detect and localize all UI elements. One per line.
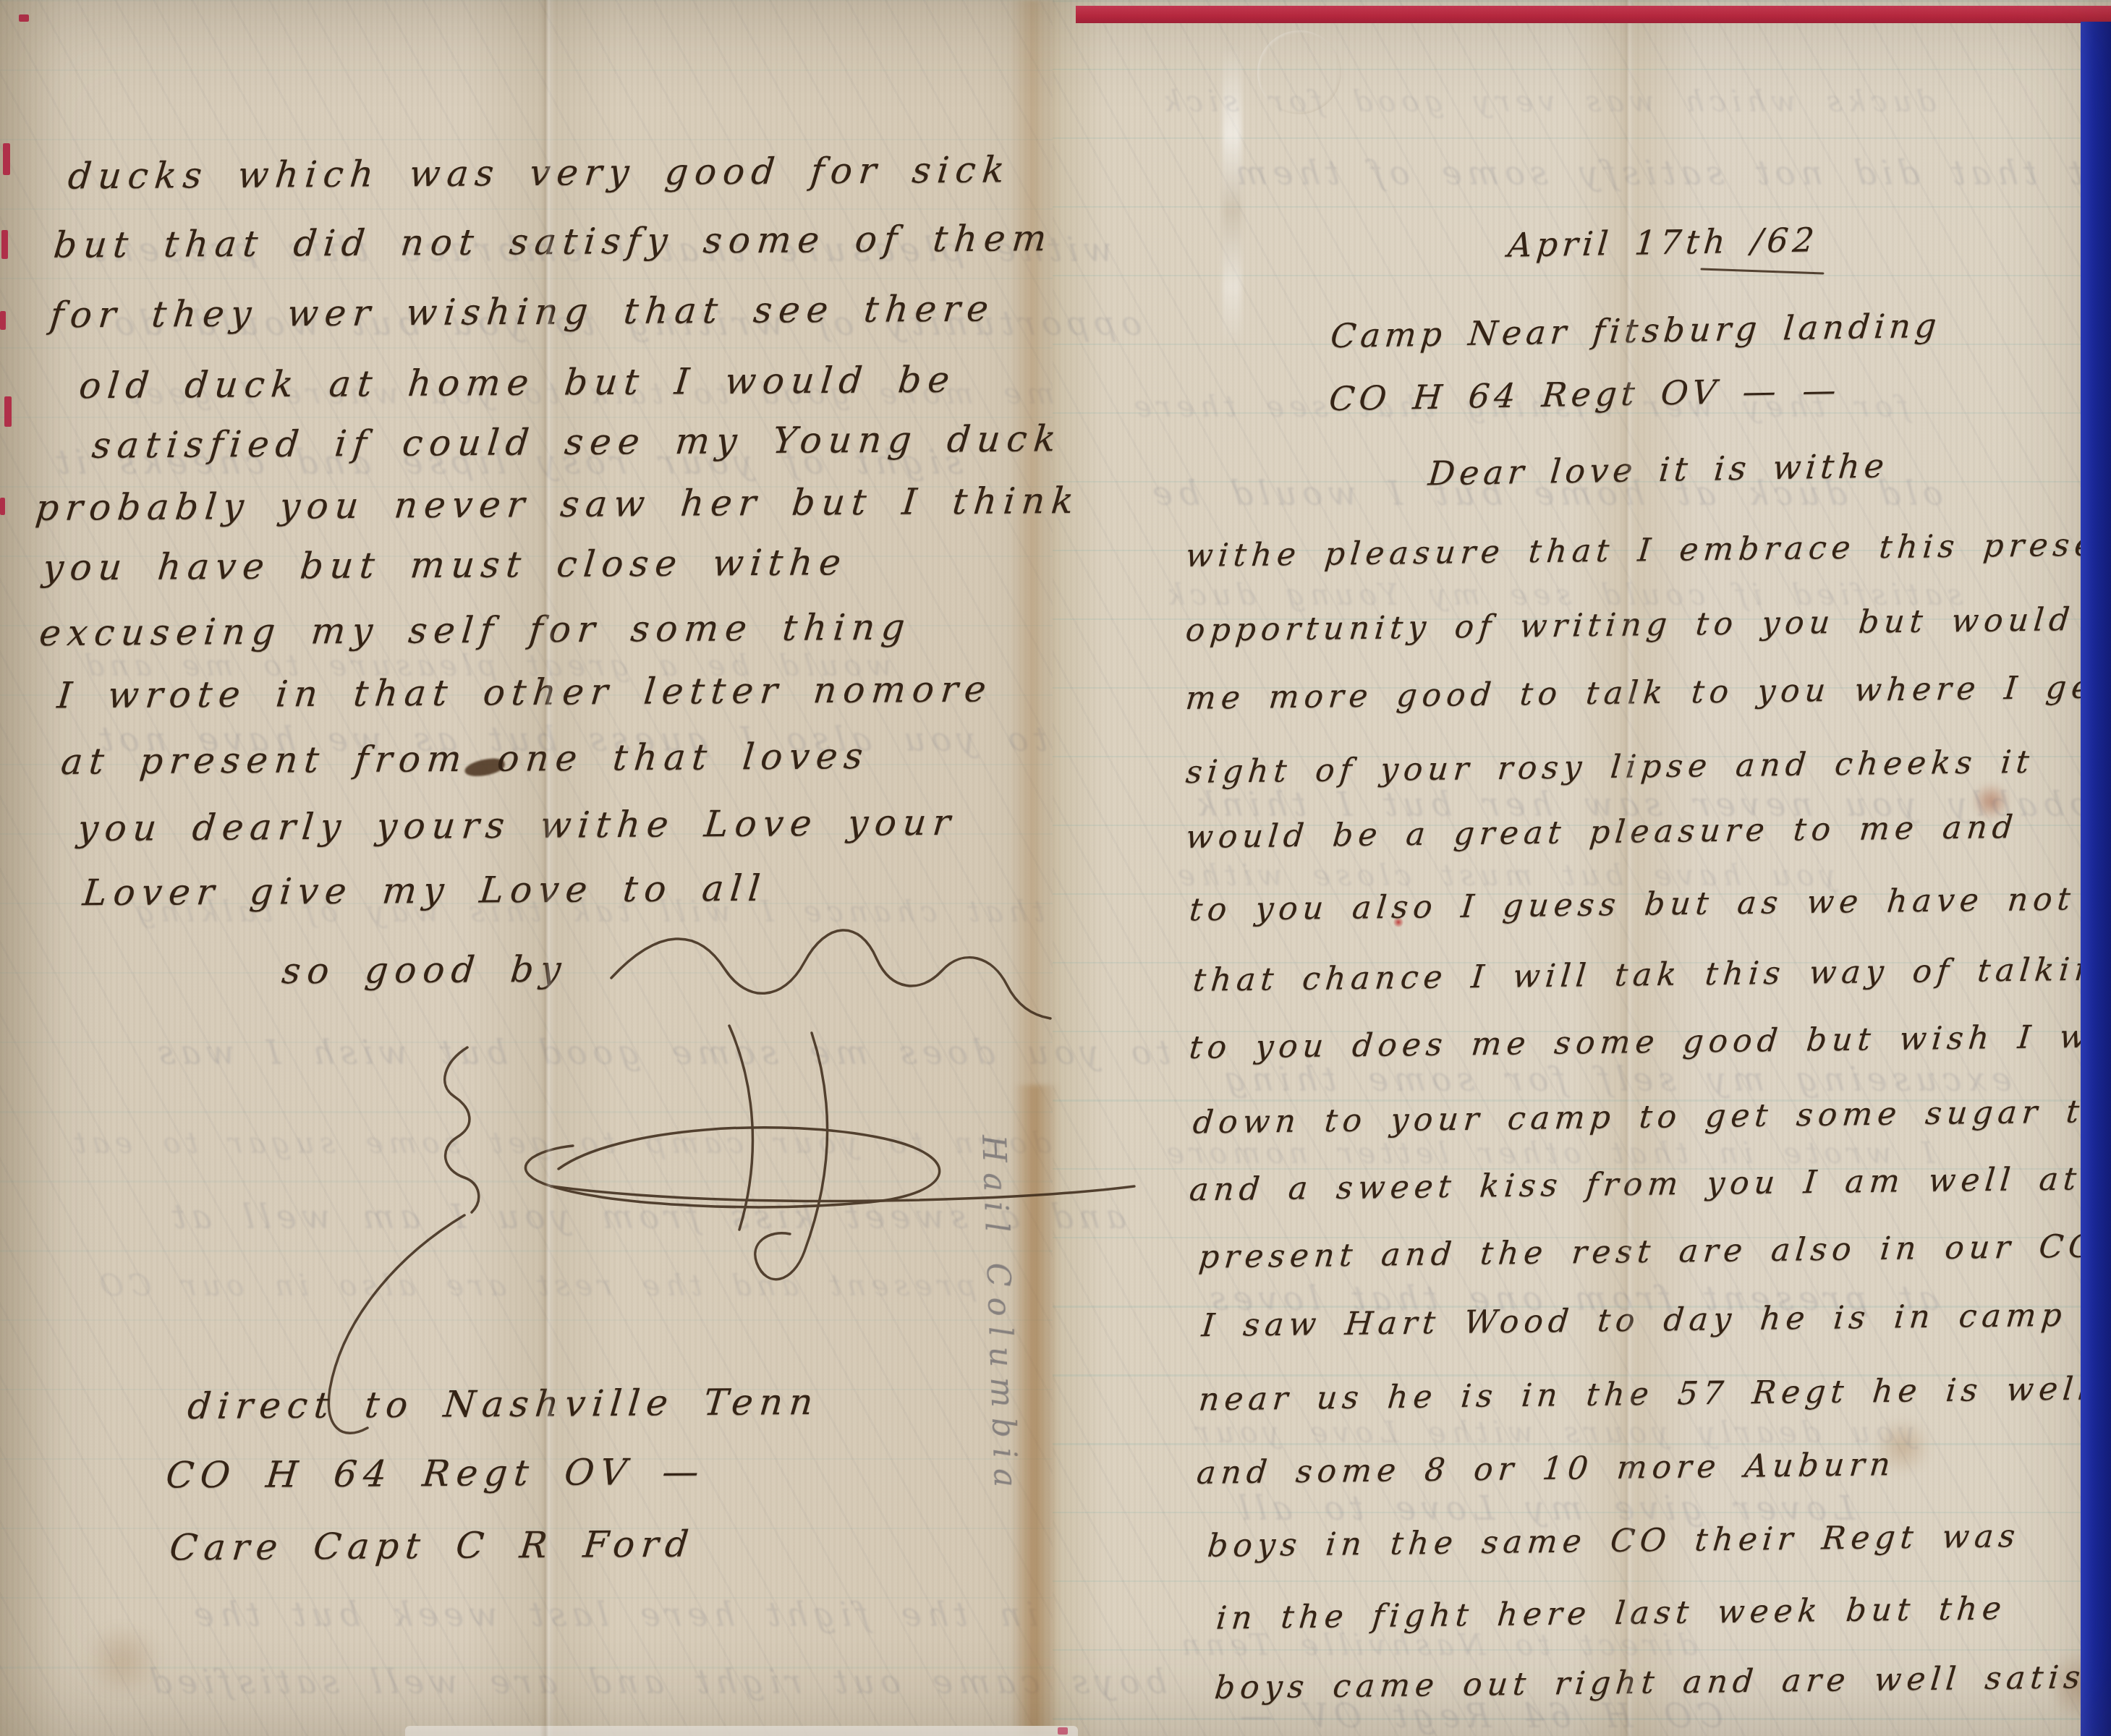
bleedthrough-text: ducks which was very good for sick xyxy=(1156,85,1938,119)
fold-crease xyxy=(1621,0,1635,1736)
letter-line: for they wer wishing that see there xyxy=(48,287,997,336)
bleedthrough-text: excuseing my self for some thing xyxy=(1217,1060,2013,1099)
red-edge-mark xyxy=(3,143,10,175)
letter-line: you dearly yours withe Love your xyxy=(76,801,959,849)
address-line: CO H 64 Regt OV — xyxy=(164,1450,708,1496)
red-edge-mark xyxy=(4,396,12,427)
letter-line: excuseing my self for some thing xyxy=(38,606,914,654)
pink-edge-mark xyxy=(1058,1727,1068,1735)
letter-line: at present from one that loves xyxy=(59,735,871,783)
letter-salutation: Dear love it is withe xyxy=(1427,446,1890,493)
bleedthrough-text: present and the rest are also in our CO xyxy=(93,1269,978,1303)
letter-line: probably you never saw her but I think xyxy=(34,480,1082,529)
bleedthrough-text: down to your camp to get some sugar to e… xyxy=(67,1127,1053,1160)
letter-line: old duck at home but I would be xyxy=(77,359,958,407)
address-line: Care Capt C R Ford xyxy=(168,1523,697,1568)
stationery-red-stripe xyxy=(1076,6,2111,23)
scanned-letter: { "document": { "kind": "handwritten Civ… xyxy=(0,0,2111,1736)
letter-line: so good by xyxy=(280,948,569,992)
fold-crease xyxy=(540,0,554,1736)
address-line: direct to Nashville Tenn xyxy=(186,1381,821,1427)
letter-line: Lover give my Love to all xyxy=(81,867,769,914)
red-edge-mark xyxy=(0,311,6,330)
bleedthrough-text: in the fight here last week but the xyxy=(186,1595,1040,1634)
letter-date: April 17th /62 xyxy=(1506,220,1819,264)
bleedthrough-text: you dearly yours withe Love your xyxy=(1189,1416,1918,1450)
stationery-blue-stripe xyxy=(2081,22,2111,1736)
red-edge-mark xyxy=(1,230,8,259)
letter-line: I wrote in that other letter nomore xyxy=(56,668,995,716)
bleedthrough-text: but that did not satisfy some of them xyxy=(1228,153,2111,192)
letter-line: you have but must close withe xyxy=(41,541,849,589)
letter-line: satisfied if could see my Young duck xyxy=(90,417,1064,466)
page-gutter-stain xyxy=(1013,1085,1059,1736)
red-edge-mark xyxy=(0,498,5,515)
red-edge-mark xyxy=(19,14,29,22)
scan-edge xyxy=(405,1726,1078,1736)
